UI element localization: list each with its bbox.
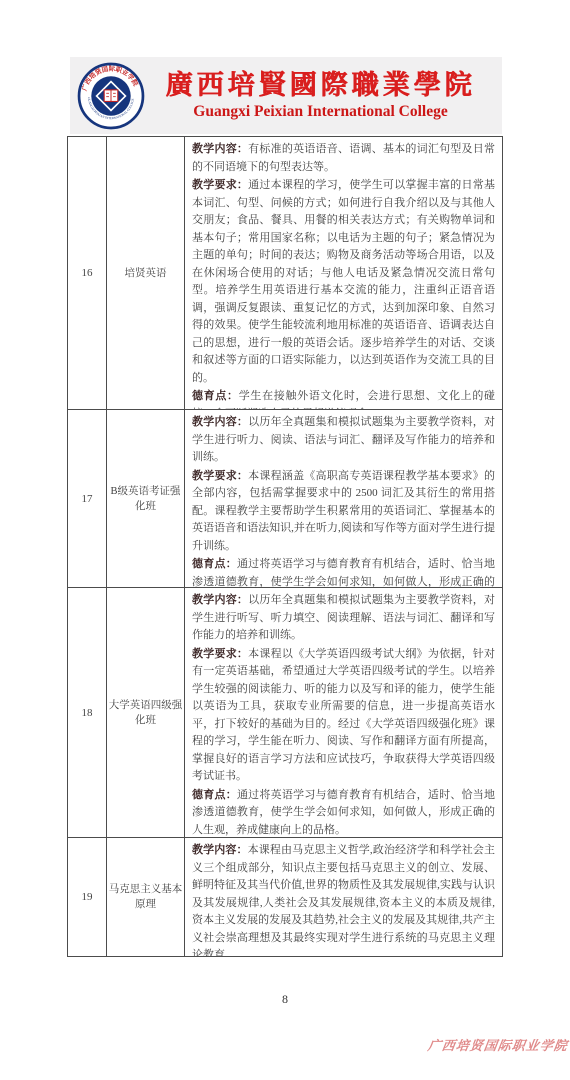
section-paragraph: 教学内容：以历年全真题集和模拟试题集为主要教学资料，对学生进行听力、阅读、语法与… [192,414,495,467]
table-row: 16 培贤英语 教学内容：有标准的英语语音、语调、基本的词汇句型及日常的不同语境… [68,137,503,410]
section-paragraph: 教学要求：本课程涵盖《高职高专英语课程教学基本要求》的全部内容，包括需掌握要求中… [192,468,495,556]
section-label: 教学内容： [192,594,248,606]
section-paragraph: 德育点：通过将英语学习与德育教育有机结合，适时、恰当地渗透道德教育，使学生学会如… [192,787,495,838]
course-description-cell: 教学内容：以历年全真题集和模拟试题集为主要教学资料，对学生进行听力、阅读、语法与… [185,410,503,588]
section-paragraph: 教学要求：通过本课程的学习，使学生可以掌握丰富的日常基本词汇、句型、问候的方式；… [192,177,495,387]
section-text: 通过本课程的学习，使学生可以掌握丰富的日常基本词汇、句型、问候的方式；如何进行自… [192,179,495,384]
course-number: 18 [68,588,107,838]
section-label: 德育点： [192,789,237,801]
course-name: 马克思主义基本原理 [107,838,185,957]
section-label: 教学内容： [192,416,248,428]
section-paragraph: 德育点：学生在接触外语文化时，会进行思想、文化上的碰撞，会不断塑造自己的思想道德… [192,388,495,409]
section-label: 教学要求： [192,648,248,660]
course-name: 培贤英语 [107,137,185,410]
college-header: 广西培贤国际职业学院 GUANGXI PEIXIAN INTERNATIONAL… [70,57,502,134]
section-paragraph: 教学内容：以历年全真题集和模拟试题集为主要教学资料，对学生进行听写、听力填空、阅… [192,592,495,645]
course-name: B级英语考证强化班 [107,410,185,588]
section-paragraph: 德育点：通过将英语学习与德育教育有机结合，适时、恰当地渗透道德教育，使学生学会如… [192,556,495,587]
course-number: 19 [68,838,107,957]
course-description-cell: 教学内容：本课程由马克思主义哲学,政治经济学和科学社会主义三个组成部分，知识点主… [185,838,503,957]
section-paragraph: 教学内容：有标准的英语语音、语调、基本的词汇句型及日常的不同语境下的句型表达等。 [192,141,495,176]
course-number: 16 [68,137,107,410]
college-titles: 廣西培賢國際職業學院 Guangxi Peixian International… [145,71,502,121]
section-label: 教学要求： [192,179,248,191]
course-table: 16 培贤英语 教学内容：有标准的英语语音、语调、基本的词汇句型及日常的不同语境… [67,136,503,957]
section-label: 教学内容： [192,143,248,155]
section-label: 德育点： [192,558,237,570]
document-page: { "header": { "college_name_zh": "廣西培賢國際… [0,0,570,1080]
college-watermark-signature: 广西培贤国际职业学院 [427,1035,570,1054]
section-label: 教学内容： [192,844,248,856]
section-paragraph: 教学内容：本课程由马克思主义哲学,政治经济学和科学社会主义三个组成部分，知识点主… [192,842,495,956]
course-number: 17 [68,410,107,588]
section-text: 本课程以《大学英语四级考试大纲》为依据，针对有一定英语基础，希望通过大学英语四级… [192,648,495,783]
section-paragraph: 教学要求：本课程以《大学英语四级考试大纲》为依据，针对有一定英语基础，希望通过大… [192,646,495,786]
college-name-chinese: 廣西培賢國際職業學院 [145,71,496,101]
section-text: 通过将英语学习与德育教育有机结合，适时、恰当地渗透道德教育，使学生学会如何求知，… [192,558,495,587]
college-seal-logo: 广西培贤国际职业学院 GUANGXI PEIXIAN INTERNATIONAL… [77,62,145,130]
table-row: 17 B级英语考证强化班 教学内容：以历年全真题集和模拟试题集为主要教学资料，对… [68,410,503,588]
section-text: 本课程由马克思主义哲学,政治经济学和科学社会主义三个组成部分，知识点主要包括马克… [192,844,495,956]
course-description-cell: 教学内容：有标准的英语语音、语调、基本的词汇句型及日常的不同语境下的句型表达等。… [185,137,503,410]
page-number: 8 [0,992,570,1007]
section-label: 德育点： [192,390,239,402]
course-description-cell: 教学内容：以历年全真题集和模拟试题集为主要教学资料，对学生进行听写、听力填空、阅… [185,588,503,838]
course-name: 大学英语四级强化班 [107,588,185,838]
section-label: 教学要求： [192,470,248,482]
college-name-english: Guangxi Peixian International College [145,103,496,121]
book-icon [104,89,118,101]
table-row: 19 马克思主义基本原理 教学内容：本课程由马克思主义哲学,政治经济学和科学社会… [68,838,503,957]
section-text: 通过将英语学习与德育教育有机结合，适时、恰当地渗透道德教育，使学生学会如何求知，… [192,789,495,836]
table-row: 18 大学英语四级强化班 教学内容：以历年全真题集和模拟试题集为主要教学资料，对… [68,588,503,838]
